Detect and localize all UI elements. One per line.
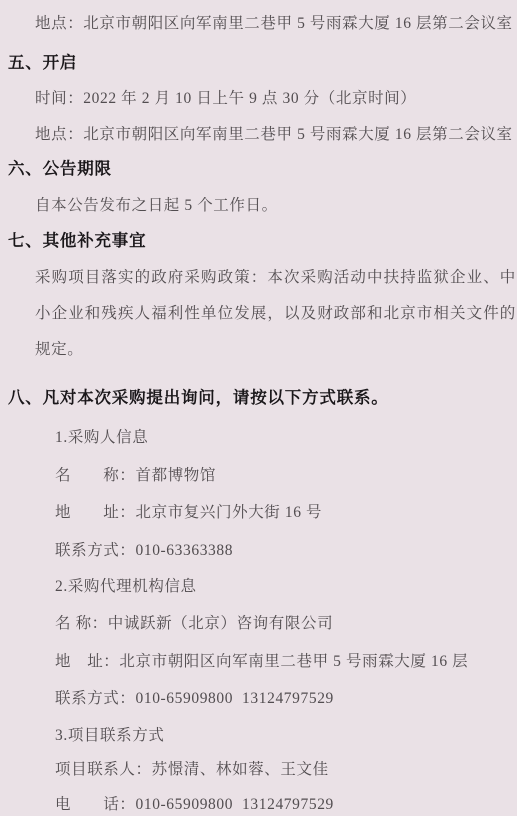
section6-heading: 六、公告期限 [8, 158, 112, 181]
section5-location-line: 地点：北京市朝阳区向军南里二巷甲 5 号雨霖大厦 16 层第二会议室 [35, 124, 513, 146]
section7-heading: 七、其他补充事宜 [8, 230, 146, 253]
prev-section-location-line: 地点：北京市朝阳区向军南里二巷甲 5 号雨霖大厦 16 层第二会议室 [35, 13, 513, 35]
section7-body-line2: 小企业和残疾人福利性单位发展，以及财政部和北京市相关文件的 [35, 303, 516, 325]
purchaser-info-title: 1.采购人信息 [55, 427, 148, 449]
purchaser-name-line: 名 称：首都博物馆 [55, 465, 216, 487]
purchaser-address-line: 地 址：北京市复兴门外大街 16 号 [55, 502, 322, 524]
project-phone-line: 电 话：010-65909800 13124797529 [55, 794, 334, 816]
section7-body-line3: 规定。 [35, 339, 83, 361]
agency-address-line: 地 址：北京市朝阳区向军南里二巷甲 5 号雨霖大厦 16 层 [55, 651, 468, 673]
section7-body-line1: 采购项目落实的政府采购政策：本次采购活动中扶持监狱企业、中 [35, 267, 516, 289]
section5-time-line: 时间：2022 年 2 月 10 日上午 9 点 30 分（北京时间） [35, 88, 416, 110]
agency-contact-line: 联系方式：010-65909800 13124797529 [55, 688, 334, 710]
section6-body-line: 自本公告发布之日起 5 个工作日。 [35, 195, 278, 217]
project-contact-person-line: 项目联系人：苏憬清、林如蓉、王文佳 [55, 759, 329, 781]
section5-heading: 五、开启 [8, 52, 77, 75]
agency-name-line: 名 称：中诚跃新（北京）咨询有限公司 [55, 613, 333, 635]
document-page: 地点：北京市朝阳区向军南里二巷甲 5 号雨霖大厦 16 层第二会议室 五、开启 … [0, 0, 517, 816]
purchaser-contact-line: 联系方式：010-63363388 [55, 540, 233, 562]
section8-heading: 八、凡对本次采购提出询问，请按以下方式联系。 [8, 387, 389, 410]
project-contact-title: 3.项目联系方式 [55, 725, 164, 747]
agency-info-title: 2.采购代理机构信息 [55, 576, 197, 598]
